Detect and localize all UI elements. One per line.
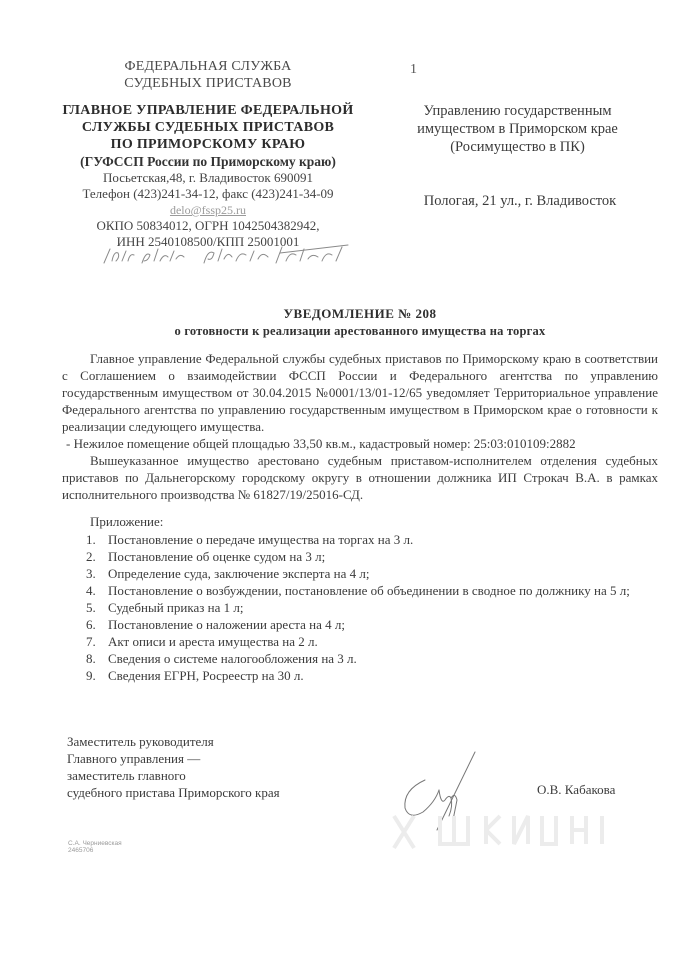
position-line-4: судебного пристава Приморского края — [67, 784, 367, 801]
appendix-item: 7.Акт описи и ареста имущества на 2 л. — [62, 633, 658, 650]
org-name-line-1: ГЛАВНОЕ УПРАВЛЕНИЕ ФЕДЕРАЛЬНОЙ — [58, 102, 358, 119]
recipient-line-1: Управлению государственным — [395, 102, 640, 120]
executor-name: С.А. Черниевская — [68, 840, 122, 847]
faded-stamp-icon — [390, 808, 620, 853]
page-number: 1 — [410, 62, 417, 78]
body-paragraph-2: Вышеуказанное имущество арестовано судеб… — [62, 452, 658, 503]
executor-phone: 2465706 — [68, 847, 122, 854]
body-paragraph-1: Главное управление Федеральной службы су… — [62, 350, 658, 435]
appendix-item-text: Постановление о передаче имущества на то… — [108, 531, 658, 548]
position-line-2: Главного управления — — [67, 750, 367, 767]
appendix-item-text: Сведения ЕГРН, Росреестр на 30 л. — [108, 667, 658, 684]
appendix-item: 6.Постановление о наложении ареста на 4 … — [62, 616, 658, 633]
signer-name: О.В. Кабакова — [537, 782, 615, 798]
position-line-1: Заместитель руководителя — [67, 733, 367, 750]
appendix-item-text: Определение суда, заключение эксперта на… — [108, 565, 658, 582]
appendix-item-text: Акт описи и ареста имущества на 2 л. — [108, 633, 658, 650]
recipient-address: Пологая, 21 ул., г. Владивосток — [400, 193, 640, 210]
appendix-item-number: 2. — [86, 548, 108, 565]
org-okpo-ogrn: ОКПО 50834012, ОГРН 1042504382942, — [58, 218, 358, 234]
org-name-line-2: СЛУЖБЫ СУДЕБНЫХ ПРИСТАВОВ — [58, 119, 358, 136]
handwritten-registration-icon — [100, 243, 380, 267]
appendix-item: 5.Судебный приказ на 1 л; — [62, 599, 658, 616]
org-email-link[interactable]: delo@fssp25.ru — [58, 202, 358, 218]
org-address: Посьетская,48, г. Владивосток 690091 — [58, 170, 358, 186]
appendix-item-number: 3. — [86, 565, 108, 582]
property-item: - Нежилое помещение общей площадью 33,50… — [62, 435, 658, 452]
agency-line-2: СУДЕБНЫХ ПРИСТАВОВ — [58, 75, 358, 92]
appendix-item-number: 4. — [86, 582, 108, 599]
signatory-position: Заместитель руководителя Главного управл… — [67, 733, 367, 801]
recipient-line-2: имуществом в Приморском крае — [395, 120, 640, 138]
org-phone-fax: Телефон (423)241-34-12, факс (423)241-34… — [58, 186, 358, 202]
appendix-title: Приложение: — [62, 513, 658, 530]
appendix-item-text: Постановление о наложении ареста на 4 л; — [108, 616, 658, 633]
sender-header: ФЕДЕРАЛЬНАЯ СЛУЖБА СУДЕБНЫХ ПРИСТАВОВ ГЛ… — [58, 58, 358, 250]
appendix-list: 1.Постановление о передаче имущества на … — [62, 531, 658, 684]
org-short-name: (ГУФССП России по Приморскому краю) — [58, 153, 358, 170]
appendix-item: 9.Сведения ЕГРН, Росреестр на 30 л. — [62, 667, 658, 684]
notice-subtitle: о готовности к реализации арестованного … — [60, 324, 660, 339]
appendix-item: 3.Определение суда, заключение эксперта … — [62, 565, 658, 582]
agency-line-1: ФЕДЕРАЛЬНАЯ СЛУЖБА — [58, 58, 358, 75]
appendix-item-number: 8. — [86, 650, 108, 667]
appendix-item-number: 9. — [86, 667, 108, 684]
recipient-line-3: (Росимущество в ПК) — [395, 138, 640, 156]
appendix-item: 1.Постановление о передаче имущества на … — [62, 531, 658, 548]
document-title: УВЕДОМЛЕНИЕ № 208 о готовности к реализа… — [60, 306, 660, 339]
notice-number: УВЕДОМЛЕНИЕ № 208 — [60, 306, 660, 322]
appendix-item-text: Постановление о возбуждении, постановлен… — [108, 582, 658, 599]
appendix-item-number: 5. — [86, 599, 108, 616]
appendix-item: 8.Сведения о системе налогообложения на … — [62, 650, 658, 667]
appendix-item: 4.Постановление о возбуждении, постановл… — [62, 582, 658, 599]
appendix-item-number: 6. — [86, 616, 108, 633]
document-body: Главное управление Федеральной службы су… — [62, 350, 658, 503]
org-name-line-3: ПО ПРИМОРСКОМУ КРАЮ — [58, 136, 358, 153]
recipient-block: Управлению государственным имуществом в … — [395, 102, 640, 156]
appendix-item-text: Постановление об оценке судом на 3 л; — [108, 548, 658, 565]
position-line-3: заместитель главного — [67, 767, 367, 784]
executor-note: С.А. Черниевская 2465706 — [68, 840, 122, 854]
appendix-item-number: 1. — [86, 531, 108, 548]
appendix-item: 2.Постановление об оценке судом на 3 л; — [62, 548, 658, 565]
appendix-item-number: 7. — [86, 633, 108, 650]
appendix-item-text: Судебный приказ на 1 л; — [108, 599, 658, 616]
appendix-item-text: Сведения о системе налогообложения на 3 … — [108, 650, 658, 667]
appendix-section: Приложение: 1.Постановление о передаче и… — [62, 513, 658, 684]
